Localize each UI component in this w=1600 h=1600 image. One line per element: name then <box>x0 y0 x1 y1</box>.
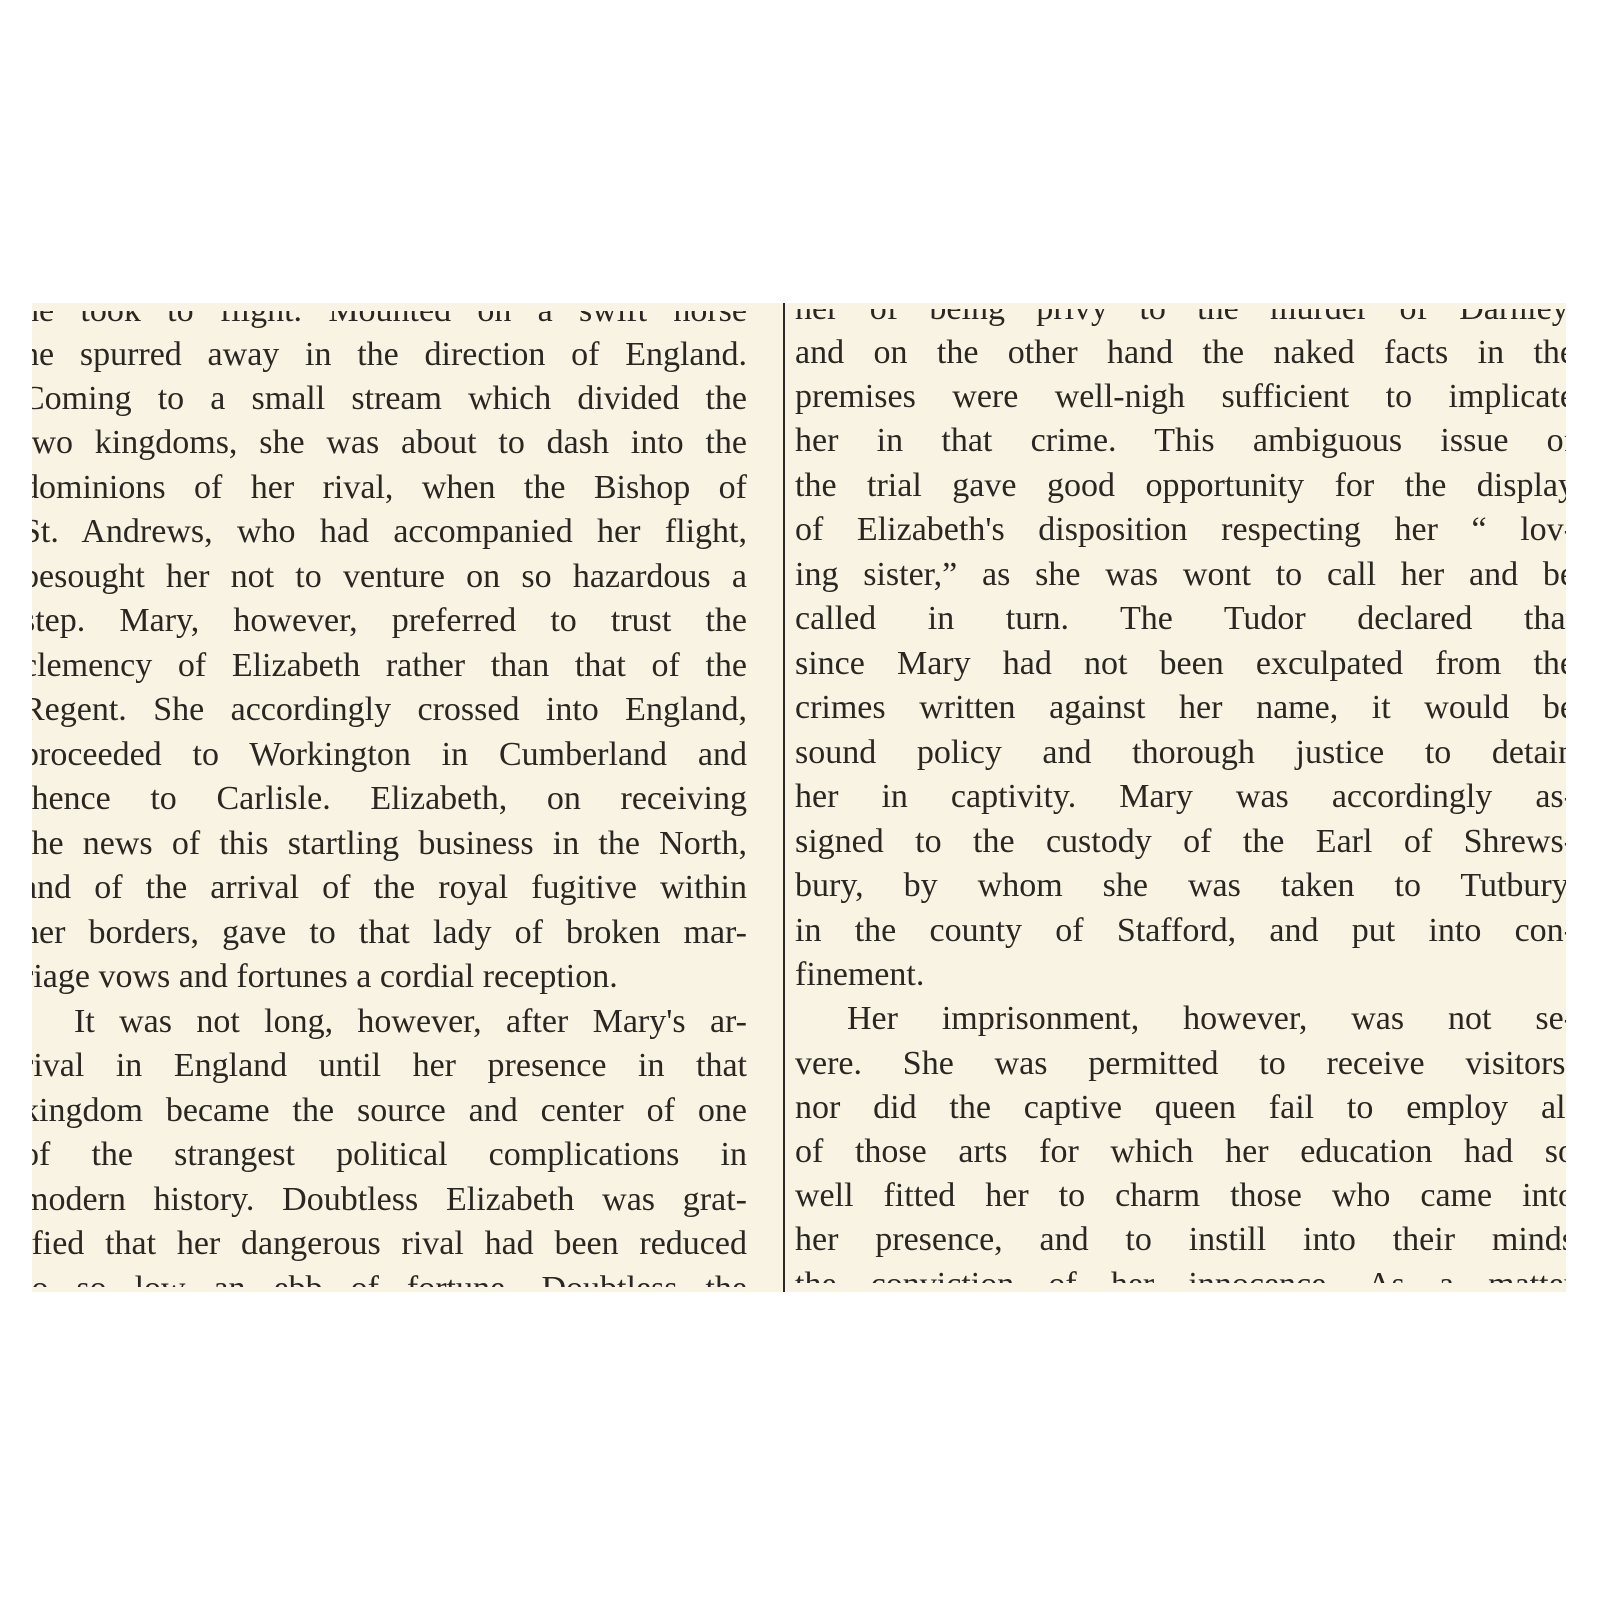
text-line: Coming to a small stream which divided t… <box>32 377 747 421</box>
text-line: dominions of her rival, when the Bishop … <box>32 466 747 510</box>
column-divider <box>783 303 785 1292</box>
text-line: vere. She was permitted to receive visit… <box>795 1042 1566 1086</box>
text-line: riage vows and fortunes a cordial recept… <box>32 955 747 999</box>
text-line: bury, by whom she was taken to Tutbury, <box>795 864 1566 908</box>
text-line: St. Andrews, who had accompanied her fli… <box>32 510 747 554</box>
text-line: and of the arrival of the royal fugitive… <box>32 866 747 910</box>
text-line: her in captivity. Mary was accordingly a… <box>795 775 1566 819</box>
text-line: to so low an ebb of fortune. Doubtless t… <box>32 1267 747 1292</box>
text-line: her of being privy to the murder of Darn… <box>795 303 1566 331</box>
right-column: her of being privy to the murder of Darn… <box>795 303 1566 1292</box>
text-line: her in that crime. This ambiguous issue … <box>795 419 1566 463</box>
text-line: signed to the custody of the Earl of Shr… <box>795 820 1566 864</box>
text-line: in the county of Stafford, and put into … <box>795 909 1566 953</box>
text-line: of the strangest political complications… <box>32 1133 747 1177</box>
text-line: the news of this startling business in t… <box>32 822 747 866</box>
paragraph-start-line: It was not long, however, after Mary's a… <box>32 1000 747 1044</box>
text-line: clemency of Elizabeth rather than that o… <box>32 644 747 688</box>
text-line: her borders, gave to that lady of broken… <box>32 911 747 955</box>
text-line: rival in England until her presence in t… <box>32 1044 747 1088</box>
text-line: crimes written against her name, it woul… <box>795 686 1566 730</box>
text-line: sound policy and thorough justice to det… <box>795 731 1566 775</box>
text-line: premises were well-nigh sufficient to im… <box>795 375 1566 419</box>
text-line: finement. <box>795 953 1566 997</box>
text-line: the trial gave good opportunity for the … <box>795 464 1566 508</box>
text-line: the conviction of her innocence. As a ma… <box>795 1263 1566 1292</box>
text-line: her presence, and to instill into their … <box>795 1218 1566 1262</box>
text-line: modern history. Doubtless Elizabeth was … <box>32 1178 747 1222</box>
text-line: thence to Carlisle. Elizabeth, on receiv… <box>32 777 747 821</box>
text-line: since Mary had not been exculpated from … <box>795 642 1566 686</box>
scanned-page: he took to flight. Mounted on a swift ho… <box>32 303 1566 1292</box>
text-line: called in turn. The Tudor declared that <box>795 597 1566 641</box>
text-line: of Elizabeth's disposition respecting he… <box>795 508 1566 552</box>
text-line: he spurred away in the direction of Engl… <box>32 333 747 377</box>
text-line: ified that her dangerous rival had been … <box>32 1222 747 1266</box>
text-line: kingdom became the source and center of … <box>32 1089 747 1133</box>
text-line: of those arts for which her education ha… <box>795 1130 1566 1174</box>
text-line: proceeded to Workington in Cumberland an… <box>32 733 747 777</box>
text-line: well fitted her to charm those who came … <box>795 1174 1566 1218</box>
text-line: nor did the captive queen fail to employ… <box>795 1086 1566 1130</box>
text-line: Regent. She accordingly crossed into Eng… <box>32 688 747 732</box>
paragraph-start-line: Her imprisonment, however, was not se- <box>795 997 1566 1041</box>
text-line: ing sister,” as she was wont to call her… <box>795 553 1566 597</box>
left-column: he took to flight. Mounted on a swift ho… <box>32 303 747 1292</box>
text-line: he took to flight. Mounted on a swift ho… <box>32 303 747 333</box>
text-line: and on the other hand the naked facts in… <box>795 331 1566 375</box>
text-line: two kingdoms, she was about to dash into… <box>32 421 747 465</box>
text-line: besought her not to venture on so hazard… <box>32 555 747 599</box>
text-line: step. Mary, however, preferred to trust … <box>32 599 747 643</box>
